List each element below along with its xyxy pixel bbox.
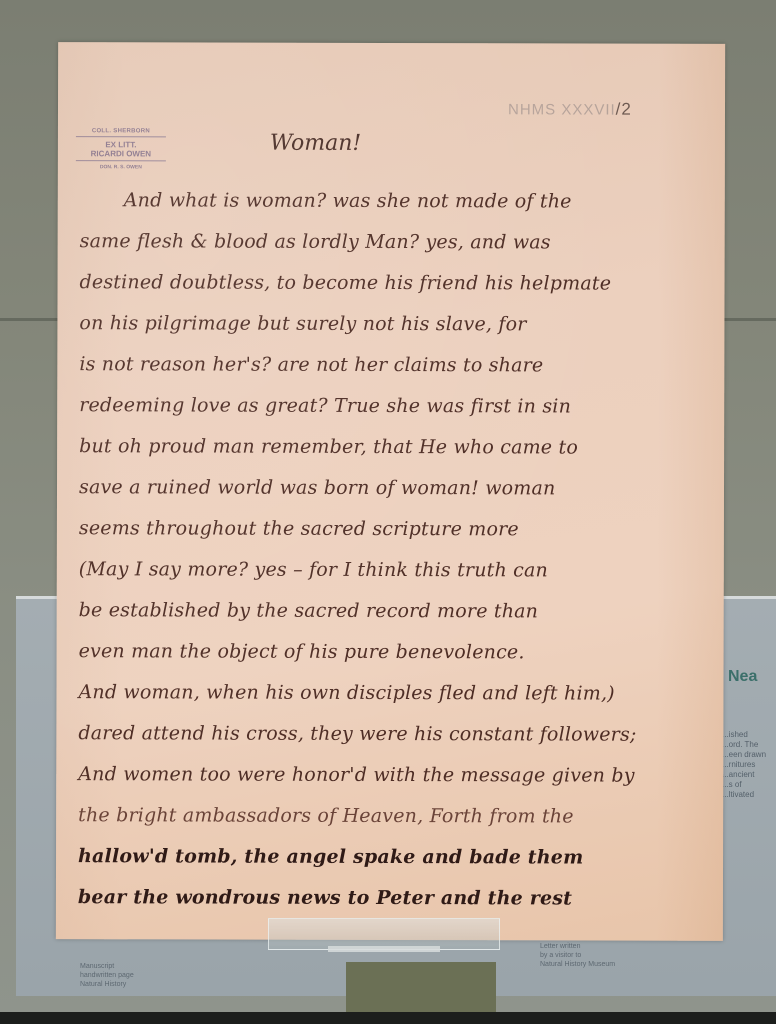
text-line: is not reason her's? are not her claims …	[79, 344, 719, 387]
text-line: hallow'd tomb, the angel spake and bade …	[78, 836, 718, 879]
info-label-text: ...ished ...ord. The ...een drawn ...rni…	[722, 730, 776, 800]
text-line: save a ruined world was born of woman! w…	[79, 467, 719, 510]
text-line: dared attend his cross, they were his co…	[78, 713, 718, 756]
text-line: same flesh & blood as lordly Man? yes, a…	[80, 221, 720, 264]
bottom-right-label: Letter written by a visitor to Natural H…	[540, 942, 615, 969]
manuscript-title: Woman!	[270, 131, 361, 156]
manuscript-page: COLL. SHERBORN EX LITT. RICARDI OWEN DON…	[56, 42, 725, 941]
bottom-left-label: Manuscript handwritten page Natural Hist…	[80, 962, 134, 989]
text-line: And what is woman? was she not made of t…	[80, 180, 720, 223]
text-line: on his pilgrimage but surely not his sla…	[79, 303, 719, 346]
text-line: bear the wondrous news to Peter and the …	[78, 877, 718, 920]
text-line: And women too were honor'd with the mess…	[78, 754, 718, 797]
text-line: the bright ambassadors of Heaven, Forth …	[78, 795, 718, 838]
text-line: destined doubtless, to become his friend…	[79, 262, 719, 305]
stand-base	[346, 962, 496, 1014]
text-line: And woman, when his own disciples fled a…	[78, 672, 718, 715]
info-label-title: Nea	[728, 668, 757, 686]
text-line: seems throughout the sacred scripture mo…	[79, 508, 719, 551]
text-line: but oh proud man remember, that He who c…	[79, 426, 719, 469]
collection-stamp: COLL. SHERBORN EX LITT. RICARDI OWEN DON…	[76, 128, 166, 170]
manuscript-body: And what is woman? was she not made of t…	[78, 180, 720, 920]
text-line: (May I say more? yes – for I think this …	[79, 549, 719, 592]
text-line: redeeming love as great? True she was fi…	[79, 385, 719, 428]
case-floor-edge	[0, 1012, 776, 1024]
text-line: be established by the sacred record more…	[79, 590, 719, 633]
shelfmark: NHMS XXXVII/2	[508, 99, 632, 119]
text-line: even man the object of his pure benevole…	[79, 631, 719, 674]
acrylic-stand-lip	[328, 946, 440, 952]
